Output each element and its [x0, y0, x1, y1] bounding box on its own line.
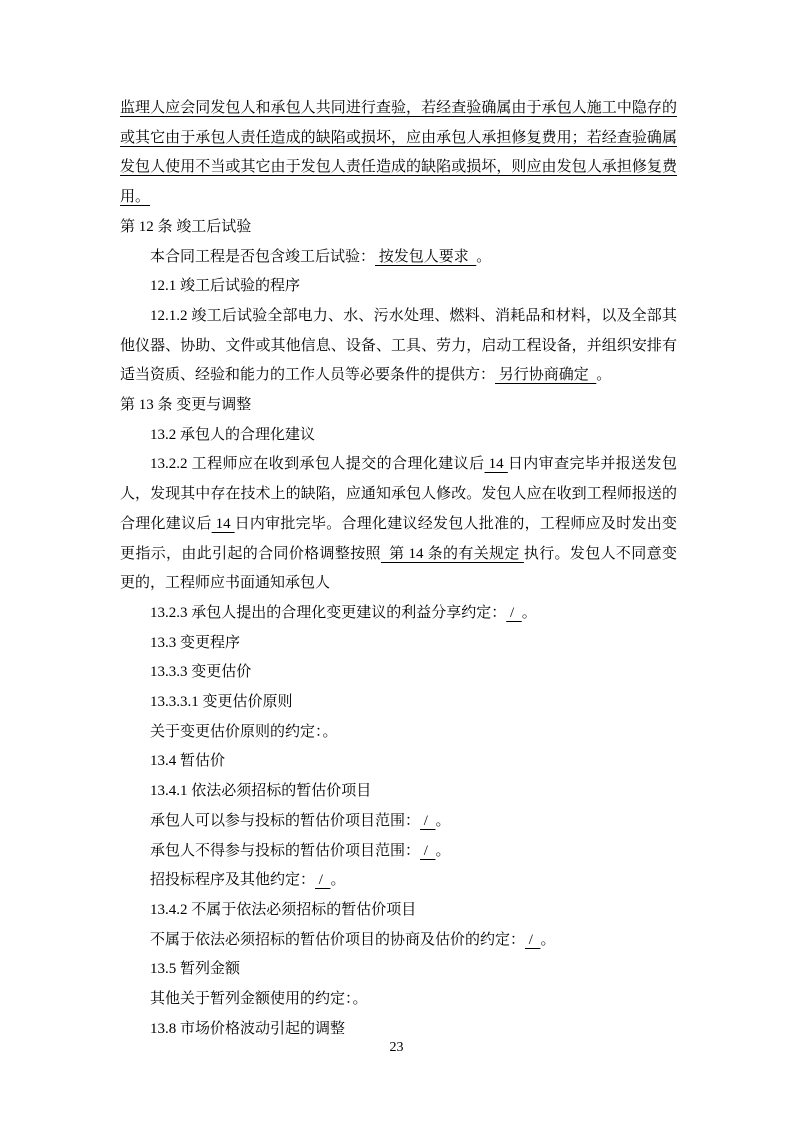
text-run: 本合同工程是否包含竣工后试验： — [150, 249, 375, 265]
text-run: 关于变更估价原则的约定：。 — [150, 724, 338, 740]
bid-allowed-scope: 承包人可以参与投标的暂估价项目范围： / 。 — [120, 807, 677, 837]
valuation-principle-agreement: 关于变更估价原则的约定：。 — [120, 718, 677, 748]
non-mandatory-bid-agreement: 不属于依法必须招标的暂估价项目的协商及估价的约定： / 。 — [120, 926, 677, 956]
text-run: 。 — [435, 813, 450, 829]
page-footer: 23 — [0, 1038, 793, 1058]
clause-13-4-heading: 13.4 暂估价 — [120, 747, 677, 777]
filled-blank: / — [315, 872, 330, 888]
clause-12-1-2: 12.1.2 竣工后试验全部电力、水、污水处理、燃料、消耗品和材料，以及全部其他… — [120, 302, 677, 391]
provisional-sum-agreement: 其他关于暂列金额使用的约定：。 — [120, 985, 677, 1015]
text-run: 第 13 条 变更与调整 — [120, 397, 251, 413]
text-run: 13.4.1 依法必须招标的暂估价项目 — [150, 783, 371, 799]
text-run: 。 — [596, 367, 611, 383]
text-run: 13.2.3 承包人提出的合理化变更建议的利益分享约定： — [150, 605, 506, 621]
text-run: 13.8 市场价格波动引起的调整 — [150, 1021, 345, 1037]
page-number: 23 — [390, 1040, 404, 1055]
clause-12-1-heading: 12.1 竣工后试验的程序 — [120, 272, 677, 302]
filled-blank: / — [420, 813, 435, 829]
text-run: 13.3.3 变更估价 — [150, 664, 251, 680]
filled-blank: 监理人应会同发包人和承包人共同进行查验，若经查验确属由于承包人施工中隐存的或其它… — [120, 100, 677, 205]
text-run: 。 — [435, 843, 450, 859]
clause-13-3-heading: 13.3 变更程序 — [120, 629, 677, 659]
bid-forbidden-scope: 承包人不得参与投标的暂估价项目范围： / 。 — [120, 837, 677, 867]
clause-12-include-tests: 本合同工程是否包含竣工后试验： 按发包人要求 。 — [120, 243, 677, 273]
text-run: 承包人不得参与投标的暂估价项目范围： — [150, 843, 420, 859]
text-run: 承包人可以参与投标的暂估价项目范围： — [150, 813, 420, 829]
defect-inspection-clause: 监理人应会同发包人和承包人共同进行查验，若经查验确属由于承包人施工中隐存的或其它… — [120, 94, 677, 213]
text-run: 。 — [522, 605, 537, 621]
text-run: 13.5 暂列金额 — [150, 961, 240, 977]
article-12-heading: 第 12 条 竣工后试验 — [120, 213, 677, 243]
text-run: 13.4 暂估价 — [150, 753, 225, 769]
clause-13-3-3-1-heading: 13.3.3.1 变更估价原则 — [120, 688, 677, 718]
text-run: 13.3.3.1 变更估价原则 — [150, 694, 293, 710]
article-13-heading: 第 13 条 变更与调整 — [120, 391, 677, 421]
clause-13-2-3: 13.2.3 承包人提出的合理化变更建议的利益分享约定： / 。 — [120, 599, 677, 629]
text-run: 。 — [540, 932, 555, 948]
filled-blank: 第 14 条的有关规定 — [381, 546, 524, 562]
filled-blank: / — [506, 605, 521, 621]
page-body: 监理人应会同发包人和承包人共同进行查验，若经查验确属由于承包人施工中隐存的或其它… — [120, 94, 677, 1045]
text-run: 第 12 条 竣工后试验 — [120, 219, 251, 235]
filled-blank: 14 — [485, 456, 508, 472]
text-run: 13.2 承包人的合理化建议 — [150, 427, 315, 443]
filled-blank: 14 — [212, 516, 235, 532]
text-run: 。 — [330, 872, 345, 888]
filled-blank: 另行协商确定 — [495, 367, 596, 383]
clause-13-2-heading: 13.2 承包人的合理化建议 — [120, 421, 677, 451]
text-run: 不属于依法必须招标的暂估价项目的协商及估价的约定： — [150, 932, 525, 948]
filled-blank: / — [420, 843, 435, 859]
text-run: 其他关于暂列金额使用的约定：。 — [150, 991, 368, 1007]
clause-13-2-2: 13.2.2 工程师应在收到承包人提交的合理化建议后 14 日内审查完毕并报送发… — [120, 450, 677, 599]
text-run: 13.4.2 不属于依法必须招标的暂估价项目 — [150, 902, 416, 918]
filled-blank: / — [525, 932, 540, 948]
text-run: 。 — [476, 249, 491, 265]
clause-13-4-2-heading: 13.4.2 不属于依法必须招标的暂估价项目 — [120, 896, 677, 926]
clause-13-4-1-heading: 13.4.1 依法必须招标的暂估价项目 — [120, 777, 677, 807]
text-run: 13.2.2 工程师应在收到承包人提交的合理化建议后 — [150, 456, 485, 472]
text-run: 12.1 竣工后试验的程序 — [150, 278, 300, 294]
clause-13-3-3-heading: 13.3.3 变更估价 — [120, 658, 677, 688]
bidding-procedure-agreement: 招投标程序及其他约定： / 。 — [120, 866, 677, 896]
text-run: 招投标程序及其他约定： — [150, 872, 315, 888]
filled-blank: 按发包人要求 — [375, 249, 476, 265]
text-run: 13.3 变更程序 — [150, 635, 240, 651]
clause-13-5-heading: 13.5 暂列金额 — [120, 955, 677, 985]
